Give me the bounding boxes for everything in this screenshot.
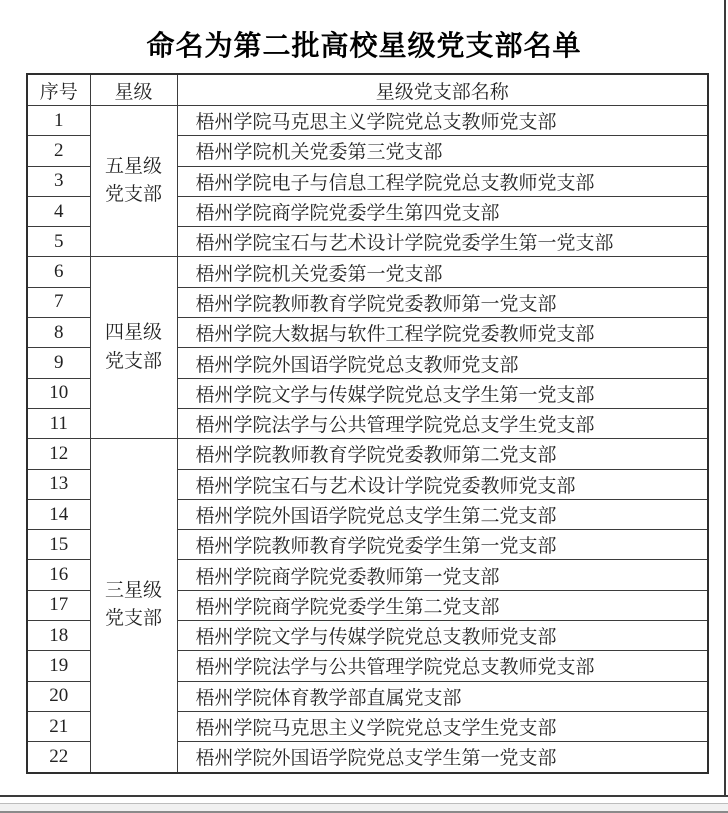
row-number-cell: 5	[27, 227, 90, 257]
header-cell-branch-name: 星级党支部名称	[177, 74, 708, 106]
branch-name-cell: 梧州学院文学与传媒学院党总支教师党支部	[177, 621, 708, 651]
row-number-cell: 6	[27, 257, 90, 287]
star-level-label: 四星级党支部	[103, 319, 164, 376]
row-number-cell: 22	[27, 742, 90, 773]
page-bottom-edge	[0, 795, 728, 797]
branch-name-cell: 梧州学院机关党委第一党支部	[177, 257, 708, 287]
row-number-cell: 9	[27, 348, 90, 378]
branch-name-cell: 梧州学院教师教育学院党委教师第一党支部	[177, 287, 708, 317]
star-level-cell: 五星级党支部	[90, 106, 177, 257]
row-number-cell: 7	[27, 287, 90, 317]
document-page: 命名为第二批高校星级党支部名单 序号 星级 星级党支部名称 1五星级党支部梧州学…	[0, 0, 728, 813]
branch-name-cell: 梧州学院体育教学部直属党支部	[177, 681, 708, 711]
row-number-cell: 15	[27, 530, 90, 560]
header-cell-star-level: 星级	[90, 74, 177, 106]
row-number-cell: 20	[27, 681, 90, 711]
star-level-cell: 四星级党支部	[90, 257, 177, 439]
table-row: 12三星级党支部梧州学院教师教育学院党委教师第二党支部	[27, 439, 708, 469]
branch-name-cell: 梧州学院文学与传媒学院党总支学生第一党支部	[177, 378, 708, 408]
page-title: 命名为第二批高校星级党支部名单	[0, 24, 728, 64]
star-level-label: 三星级党支部	[103, 577, 164, 634]
branch-name-cell: 梧州学院马克思主义学院党总支学生党支部	[177, 711, 708, 741]
branch-name-cell: 梧州学院宝石与艺术设计学院党委学生第一党支部	[177, 227, 708, 257]
row-number-cell: 2	[27, 136, 90, 166]
row-number-cell: 21	[27, 711, 90, 741]
star-branch-table: 序号 星级 星级党支部名称 1五星级党支部梧州学院马克思主义学院党总支教师党支部…	[26, 73, 709, 774]
branch-name-cell: 梧州学院机关党委第三党支部	[177, 136, 708, 166]
branch-name-cell: 梧州学院法学与公共管理学院党总支学生党支部	[177, 408, 708, 438]
branch-name-cell: 梧州学院商学院党委学生第四党支部	[177, 196, 708, 226]
row-number-cell: 18	[27, 621, 90, 651]
row-number-cell: 8	[27, 318, 90, 348]
branch-name-cell: 梧州学院商学院党委教师第一党支部	[177, 560, 708, 590]
branch-name-cell: 梧州学院外国语学院党总支学生第二党支部	[177, 499, 708, 529]
branch-name-cell: 梧州学院商学院党委学生第二党支部	[177, 590, 708, 620]
row-number-cell: 14	[27, 499, 90, 529]
star-level-cell: 三星级党支部	[90, 439, 177, 773]
table-row: 1五星级党支部梧州学院马克思主义学院党总支教师党支部	[27, 106, 708, 136]
branch-name-cell: 梧州学院教师教育学院党委教师第二党支部	[177, 439, 708, 469]
table-body: 1五星级党支部梧州学院马克思主义学院党总支教师党支部2梧州学院机关党委第三党支部…	[27, 106, 708, 773]
branch-name-cell: 梧州学院外国语学院党总支学生第一党支部	[177, 742, 708, 773]
row-number-cell: 12	[27, 439, 90, 469]
branch-name-cell: 梧州学院教师教育学院党委学生第一党支部	[177, 530, 708, 560]
branch-name-cell: 梧州学院法学与公共管理学院党总支教师党支部	[177, 651, 708, 681]
row-number-cell: 4	[27, 196, 90, 226]
star-level-label: 五星级党支部	[103, 153, 164, 210]
row-number-cell: 3	[27, 166, 90, 196]
branch-name-cell: 梧州学院马克思主义学院党总支教师党支部	[177, 106, 708, 136]
horizontal-scrollbar[interactable]	[0, 803, 728, 813]
row-number-cell: 17	[27, 590, 90, 620]
row-number-cell: 16	[27, 560, 90, 590]
table-row: 6四星级党支部梧州学院机关党委第一党支部	[27, 257, 708, 287]
branch-name-cell: 梧州学院宝石与艺术设计学院党委教师党支部	[177, 469, 708, 499]
row-number-cell: 19	[27, 651, 90, 681]
page-right-edge	[724, 0, 726, 797]
row-number-cell: 11	[27, 408, 90, 438]
branch-name-cell: 梧州学院大数据与软件工程学院党委教师党支部	[177, 318, 708, 348]
header-cell-number: 序号	[27, 74, 90, 106]
branch-name-cell: 梧州学院电子与信息工程学院党总支教师党支部	[177, 166, 708, 196]
row-number-cell: 1	[27, 106, 90, 136]
row-number-cell: 13	[27, 469, 90, 499]
table-header-row: 序号 星级 星级党支部名称	[27, 74, 708, 106]
row-number-cell: 10	[27, 378, 90, 408]
branch-name-cell: 梧州学院外国语学院党总支教师党支部	[177, 348, 708, 378]
